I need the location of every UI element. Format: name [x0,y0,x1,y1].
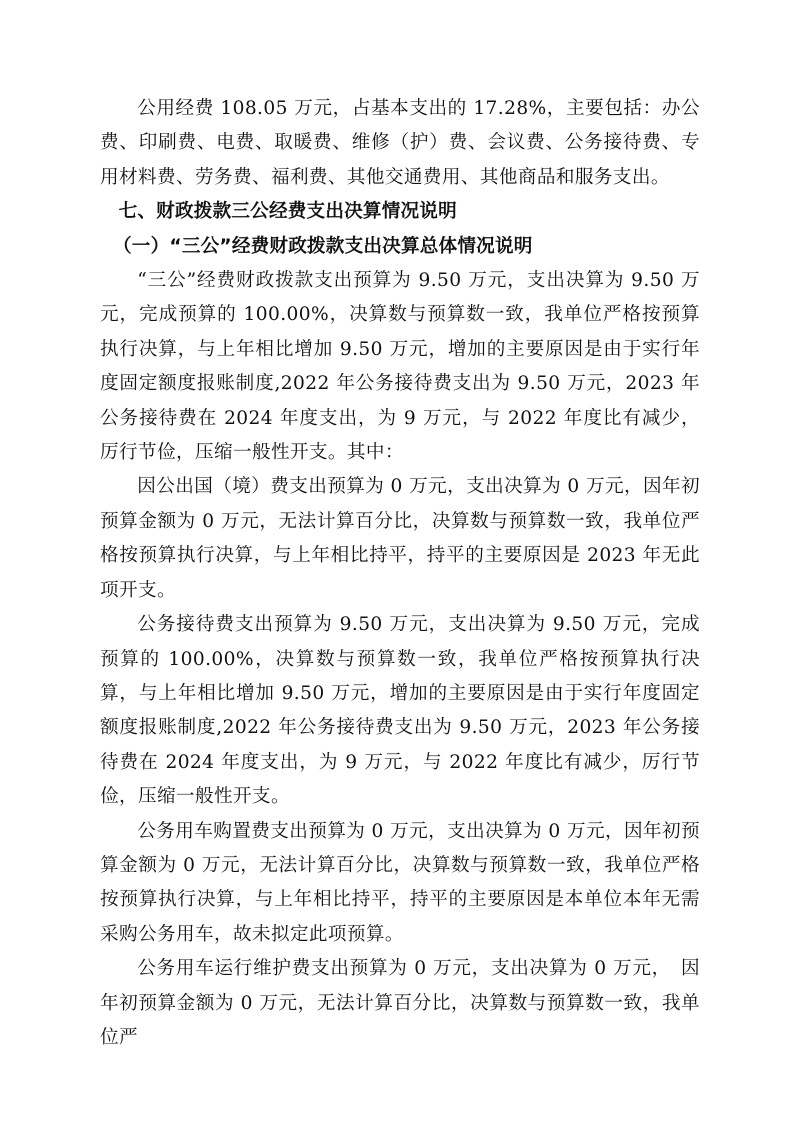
paragraph-overseas: 因公出国（境）费支出预算为 0 万元，支出决算为 0 万元，因年初预算金额为 0… [100,470,700,608]
paragraph-vehicle-purchase: 公务用车购置费支出预算为 0 万元，支出决算为 0 万元，因年初预算金额为 0 … [100,815,700,953]
document-page: 公用经费 108.05 万元，占基本支出的 17.28%，主要包括：办公费、印刷… [100,92,700,1055]
paragraph-overall: “三公”经费财政拨款支出预算为 9.50 万元，支出决算为 9.50 万元，完成… [100,264,700,470]
subsection-heading: （一）“三公”经费财政拨款支出决算总体情况说明 [100,230,700,264]
section-heading: 七、财政拨款三公经费支出决算情况说明 [100,195,700,229]
paragraph-vehicle-operation: 公务用车运行维护费支出预算为 0 万元，支出决算为 0 万元， 因年初预算金额为… [100,952,700,1055]
paragraph-public-funds: 公用经费 108.05 万元，占基本支出的 17.28%，主要包括：办公费、印刷… [100,92,700,195]
paragraph-reception: 公务接待费支出预算为 9.50 万元，支出决算为 9.50 万元，完成预算的 1… [100,608,700,814]
